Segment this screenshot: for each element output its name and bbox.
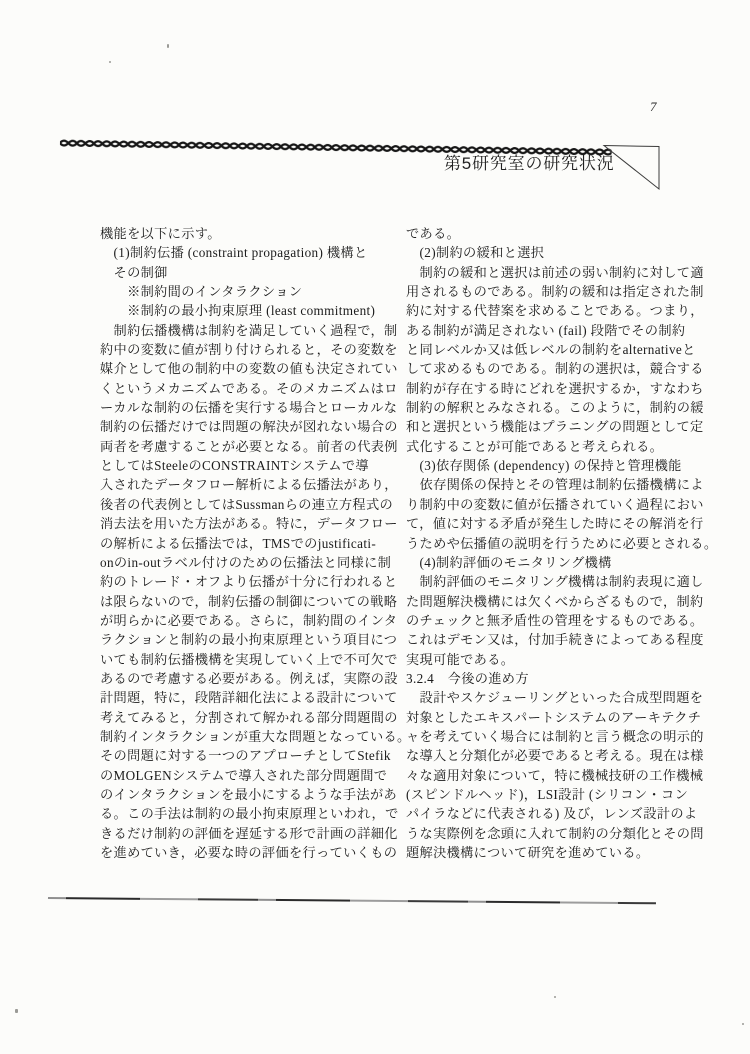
text-line: ※制約の最小拘束原理 (least commitment): [100, 301, 388, 320]
text-line: 制約が存在する時にどれを選択するか，すなわち: [406, 379, 684, 398]
text-line: 制約の解釈とみなされる。このように，制約の緩: [406, 398, 684, 417]
text-line: 両者を考慮することが必要となる。前者の代表例: [100, 437, 388, 456]
text-line: 式化することが可能であると考えられる。: [406, 437, 684, 456]
text-line: 機能を以下に示す。: [100, 224, 388, 243]
text-line: いても制約伝播機構を実現していく上で不可欠で: [100, 650, 388, 669]
text-line: その制御: [100, 263, 388, 282]
text-line: である。: [406, 224, 684, 243]
text-line: としてはSteeleのCONSTRAINTシステムで導: [100, 456, 388, 475]
text-line: 制約伝播機構は制約を満足していく過程で，制: [100, 321, 388, 340]
page-number: 7: [650, 99, 657, 115]
text-line: あるので考慮する必要がある。例えば，実際の設: [100, 669, 388, 688]
text-line: 用されるものである。制約の緩和は指定された制: [406, 282, 684, 301]
text-line: を進めていき，必要な時の評価を行っていくもの: [100, 843, 388, 862]
text-line: の解析による伝播法では，TMSでのjustificati-: [100, 534, 388, 553]
text-line: り制約中の変数に値が伝播されていく過程におい: [406, 495, 684, 514]
scanned-document-page: 7 第5研究室の研究状況 機能を以下に示す。 (1)制約伝播 (constrai…: [0, 0, 750, 1054]
scan-speck: [167, 44, 169, 48]
text-line: 消去法を用いた方法がある。特に，データフロー: [100, 514, 388, 533]
text-line: (スピンドルヘッド)，LSI設計 (シリコン・コン: [406, 785, 684, 804]
text-line: (1)制約伝播 (constraint propagation) 機構と: [100, 243, 388, 262]
text-line: 制約評価のモニタリング機構は制約表現に適し: [406, 572, 684, 591]
right-text-column: である。 (2)制約の緩和と選択 制約の緩和と選択は前述の弱い制約に対して適用さ…: [406, 224, 684, 862]
text-line: (2)制約の緩和と選択: [406, 243, 684, 262]
left-text-column: 機能を以下に示す。 (1)制約伝播 (constraint propagatio…: [100, 224, 388, 862]
text-line: 制約の緩和と選択は前述の弱い制約に対して適: [406, 263, 684, 282]
text-line: 依存関係の保持とその管理は制約伝播機構によ: [406, 475, 684, 494]
text-line: 対象としたエキスパートシステムのアーキテクチ: [406, 708, 684, 727]
text-line: ある制約が満足されない (fail) 段階でその制約: [406, 321, 684, 340]
text-line: て，値に対する矛盾が発生した時にその解消を行: [406, 514, 684, 533]
text-line: た問題解決機構には欠くべからざるもので，制約: [406, 592, 684, 611]
scan-speck: [109, 61, 111, 63]
text-line: のMOLGENシステムで導入された部分問題間で: [100, 766, 388, 785]
scan-speck: [15, 1009, 18, 1013]
text-line: 設計やスケジューリングといった合成型問題を: [406, 688, 684, 707]
text-line: と同レベルか又は低レベルの制約をalternativeと: [406, 340, 684, 359]
text-line: (4)制約評価のモニタリング機構: [406, 553, 684, 572]
text-line: その問題に対する一つのアプローチとしてStefik: [100, 746, 388, 765]
text-line: 入されたデータフロー解析による伝播法があり，: [100, 475, 388, 494]
scan-speck: [554, 996, 556, 998]
text-line: ※制約間のインタラクション: [100, 282, 388, 301]
scan-speck: [742, 1023, 744, 1025]
text-line: ャを考えていく場合には制約と言う概念の明示的: [406, 727, 684, 746]
text-line: 制約インタラクションが重大な問題となっている。: [100, 727, 388, 746]
text-line: 約中の変数に値が割り付けられると，その変数を: [100, 340, 388, 359]
text-line: 3.2.4 今後の進め方: [406, 669, 684, 688]
text-line: 約に対する代替案を求めることである。つまり，: [406, 301, 684, 320]
text-line: 後者の代表例としてはSussmanらの連立方程式の: [100, 495, 388, 514]
text-line: うためや伝播値の説明を行うために必要とされる。: [406, 534, 684, 553]
text-line: くというメカニズムである。そのメカニズムはロ: [100, 379, 388, 398]
text-line: して求めるものである。制約の選択は，競合する: [406, 359, 684, 378]
text-line: onのin-outラベル付けのための伝播法と同様に制: [100, 553, 388, 572]
text-line: 題解決機構について研究を進めている。: [406, 843, 684, 862]
text-line: 々な適用対象について，特に機械技研の工作機械: [406, 766, 684, 785]
text-line: 約のトレード・オフより伝播が十分に行われると: [100, 572, 388, 591]
text-line: が明らかに必要である。さらに，制約間のインタ: [100, 611, 388, 630]
text-line: 考えてみると，分割されて解かれる部分問題間の: [100, 708, 388, 727]
text-line: な導入と分類化が必要であると考える。現在は様: [406, 746, 684, 765]
text-line: (3)依存関係 (dependency) の保持と管理機能: [406, 456, 684, 475]
text-line: パイラなどに代表される) 及び，レンズ設計のよ: [406, 804, 684, 823]
text-line: うな実際例を念頭に入れて制約の分類化とその問: [406, 824, 684, 843]
text-line: これはデモン又は，付加手続きによってある程度: [406, 630, 684, 649]
section-header-title: 第5研究室の研究状況: [444, 149, 614, 174]
text-line: 計問題，特に，段階詳細化法による設計について: [100, 688, 388, 707]
text-line: ーカルな制約の伝播を実行する場合とローカルな: [100, 398, 388, 417]
text-line: ラクションと制約の最小拘束原理という項目につ: [100, 630, 388, 649]
text-line: は限らないので，制約伝播の制御についての戦略: [100, 592, 388, 611]
text-line: る。この手法は制約の最小拘束原理といわれ，で: [100, 804, 388, 823]
footer-rule: [48, 897, 656, 904]
text-line: 制約の伝播だけでは問題の解決が図れない場合の: [100, 417, 388, 436]
text-line: のインタラクションを最小にするような手法があ: [100, 785, 388, 804]
text-line: のチェックと無矛盾性の管理をするものである。: [406, 611, 684, 630]
text-line: 媒介として他の制約中の変数の値も決定されてい: [100, 359, 388, 378]
text-line: 実現可能である。: [406, 650, 684, 669]
text-line: きるだけ制約の評価を遅延する形で計画の詳細化: [100, 824, 388, 843]
text-line: 和と選択という機能はプラニングの問題として定: [406, 417, 684, 436]
